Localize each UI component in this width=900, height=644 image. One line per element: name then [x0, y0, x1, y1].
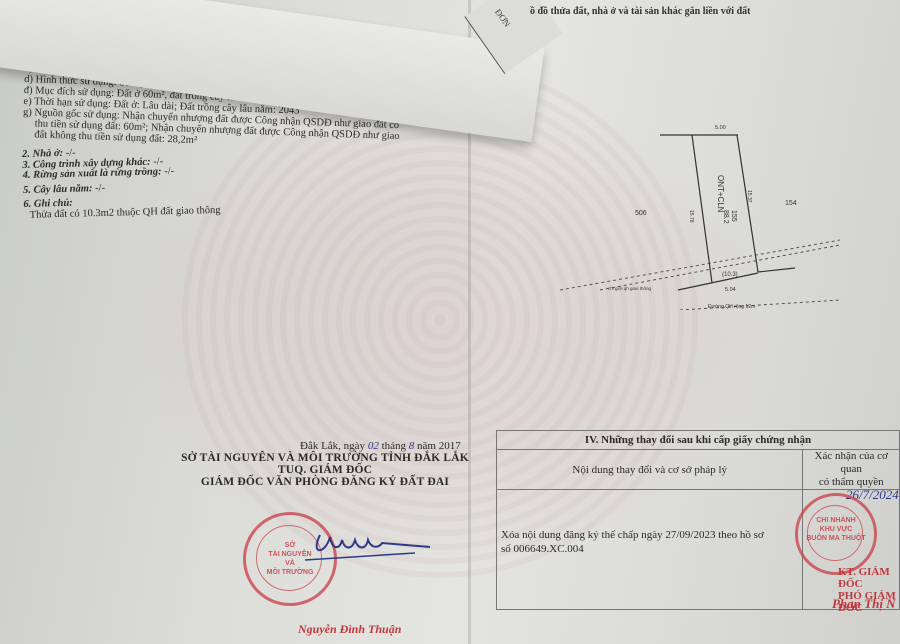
svg-text:154: 154 — [785, 200, 797, 207]
svg-text:15.78: 15.78 — [688, 210, 694, 223]
changes-title: IV. Những thay đổi sau khi cấp giấy chứn… — [497, 431, 900, 450]
svg-text:15.37: 15.37 — [746, 190, 752, 203]
svg-text:155: 155 — [730, 210, 737, 222]
svg-text:5.04: 5.04 — [725, 287, 736, 293]
map-section-header: ồ đồ thửa đất, nhà ở và tài sản khác gắn… — [530, 6, 750, 17]
issuer-org: SỞ TÀI NGUYÊN VÀ MÔI TRƯỜNG TỈNH ĐẮK LẮK — [160, 452, 490, 464]
col-confirm-header: Xác nhận của cơ quancó thẩm quyền — [803, 450, 900, 490]
svg-text:5.00: 5.00 — [715, 125, 726, 131]
change-description: Xóa nội dung đăng ký thế chấp ngày 27/09… — [497, 490, 803, 610]
confirm-signer-name: Phan Thị N — [832, 596, 896, 612]
svg-text:chỉ giới qh giao thông: chỉ giới qh giao thông — [608, 285, 651, 291]
branch-stamp: CHI NHÁNH KHU VỰC BUÔN MA THUỘT — [795, 493, 877, 575]
col-content-header: Nội dung thay đổi và cơ sở pháp lý — [497, 450, 803, 490]
issuer-tuq: TUQ. GIÁM ĐỐC — [160, 464, 490, 476]
parcel-map: 5.00 15.78 15.37 ONT+CLN 155 88.2 506 15… — [540, 110, 840, 310]
item-perennial: 5. Cây lâu năm: -/- — [23, 181, 220, 197]
svg-text:(10.3): (10.3) — [722, 272, 738, 278]
issue-date: Đắk Lắk, ngày 02 tháng 8 năm 2017 — [160, 440, 490, 452]
svg-text:Đường QH rộng 12m: Đường QH rộng 12m — [708, 304, 755, 310]
issuer-title: GIÁM ĐỐC VĂN PHÒNG ĐĂNG KÝ ĐẤT ĐAI — [160, 476, 490, 488]
svg-text:506: 506 — [635, 210, 647, 217]
issuer-signature — [300, 525, 440, 565]
issuer-signature-block: Đắk Lắk, ngày 02 tháng 8 năm 2017 SỞ TÀI… — [160, 440, 490, 488]
issuer-signer-name: Nguyễn Đình Thuận — [298, 622, 401, 637]
svg-text:ONT+CLN: ONT+CLN — [716, 175, 725, 213]
other-assets: 2. Nhà ở: -/- 3. Công trình xây dựng khá… — [22, 145, 221, 222]
svg-text:88.2: 88.2 — [722, 210, 729, 224]
